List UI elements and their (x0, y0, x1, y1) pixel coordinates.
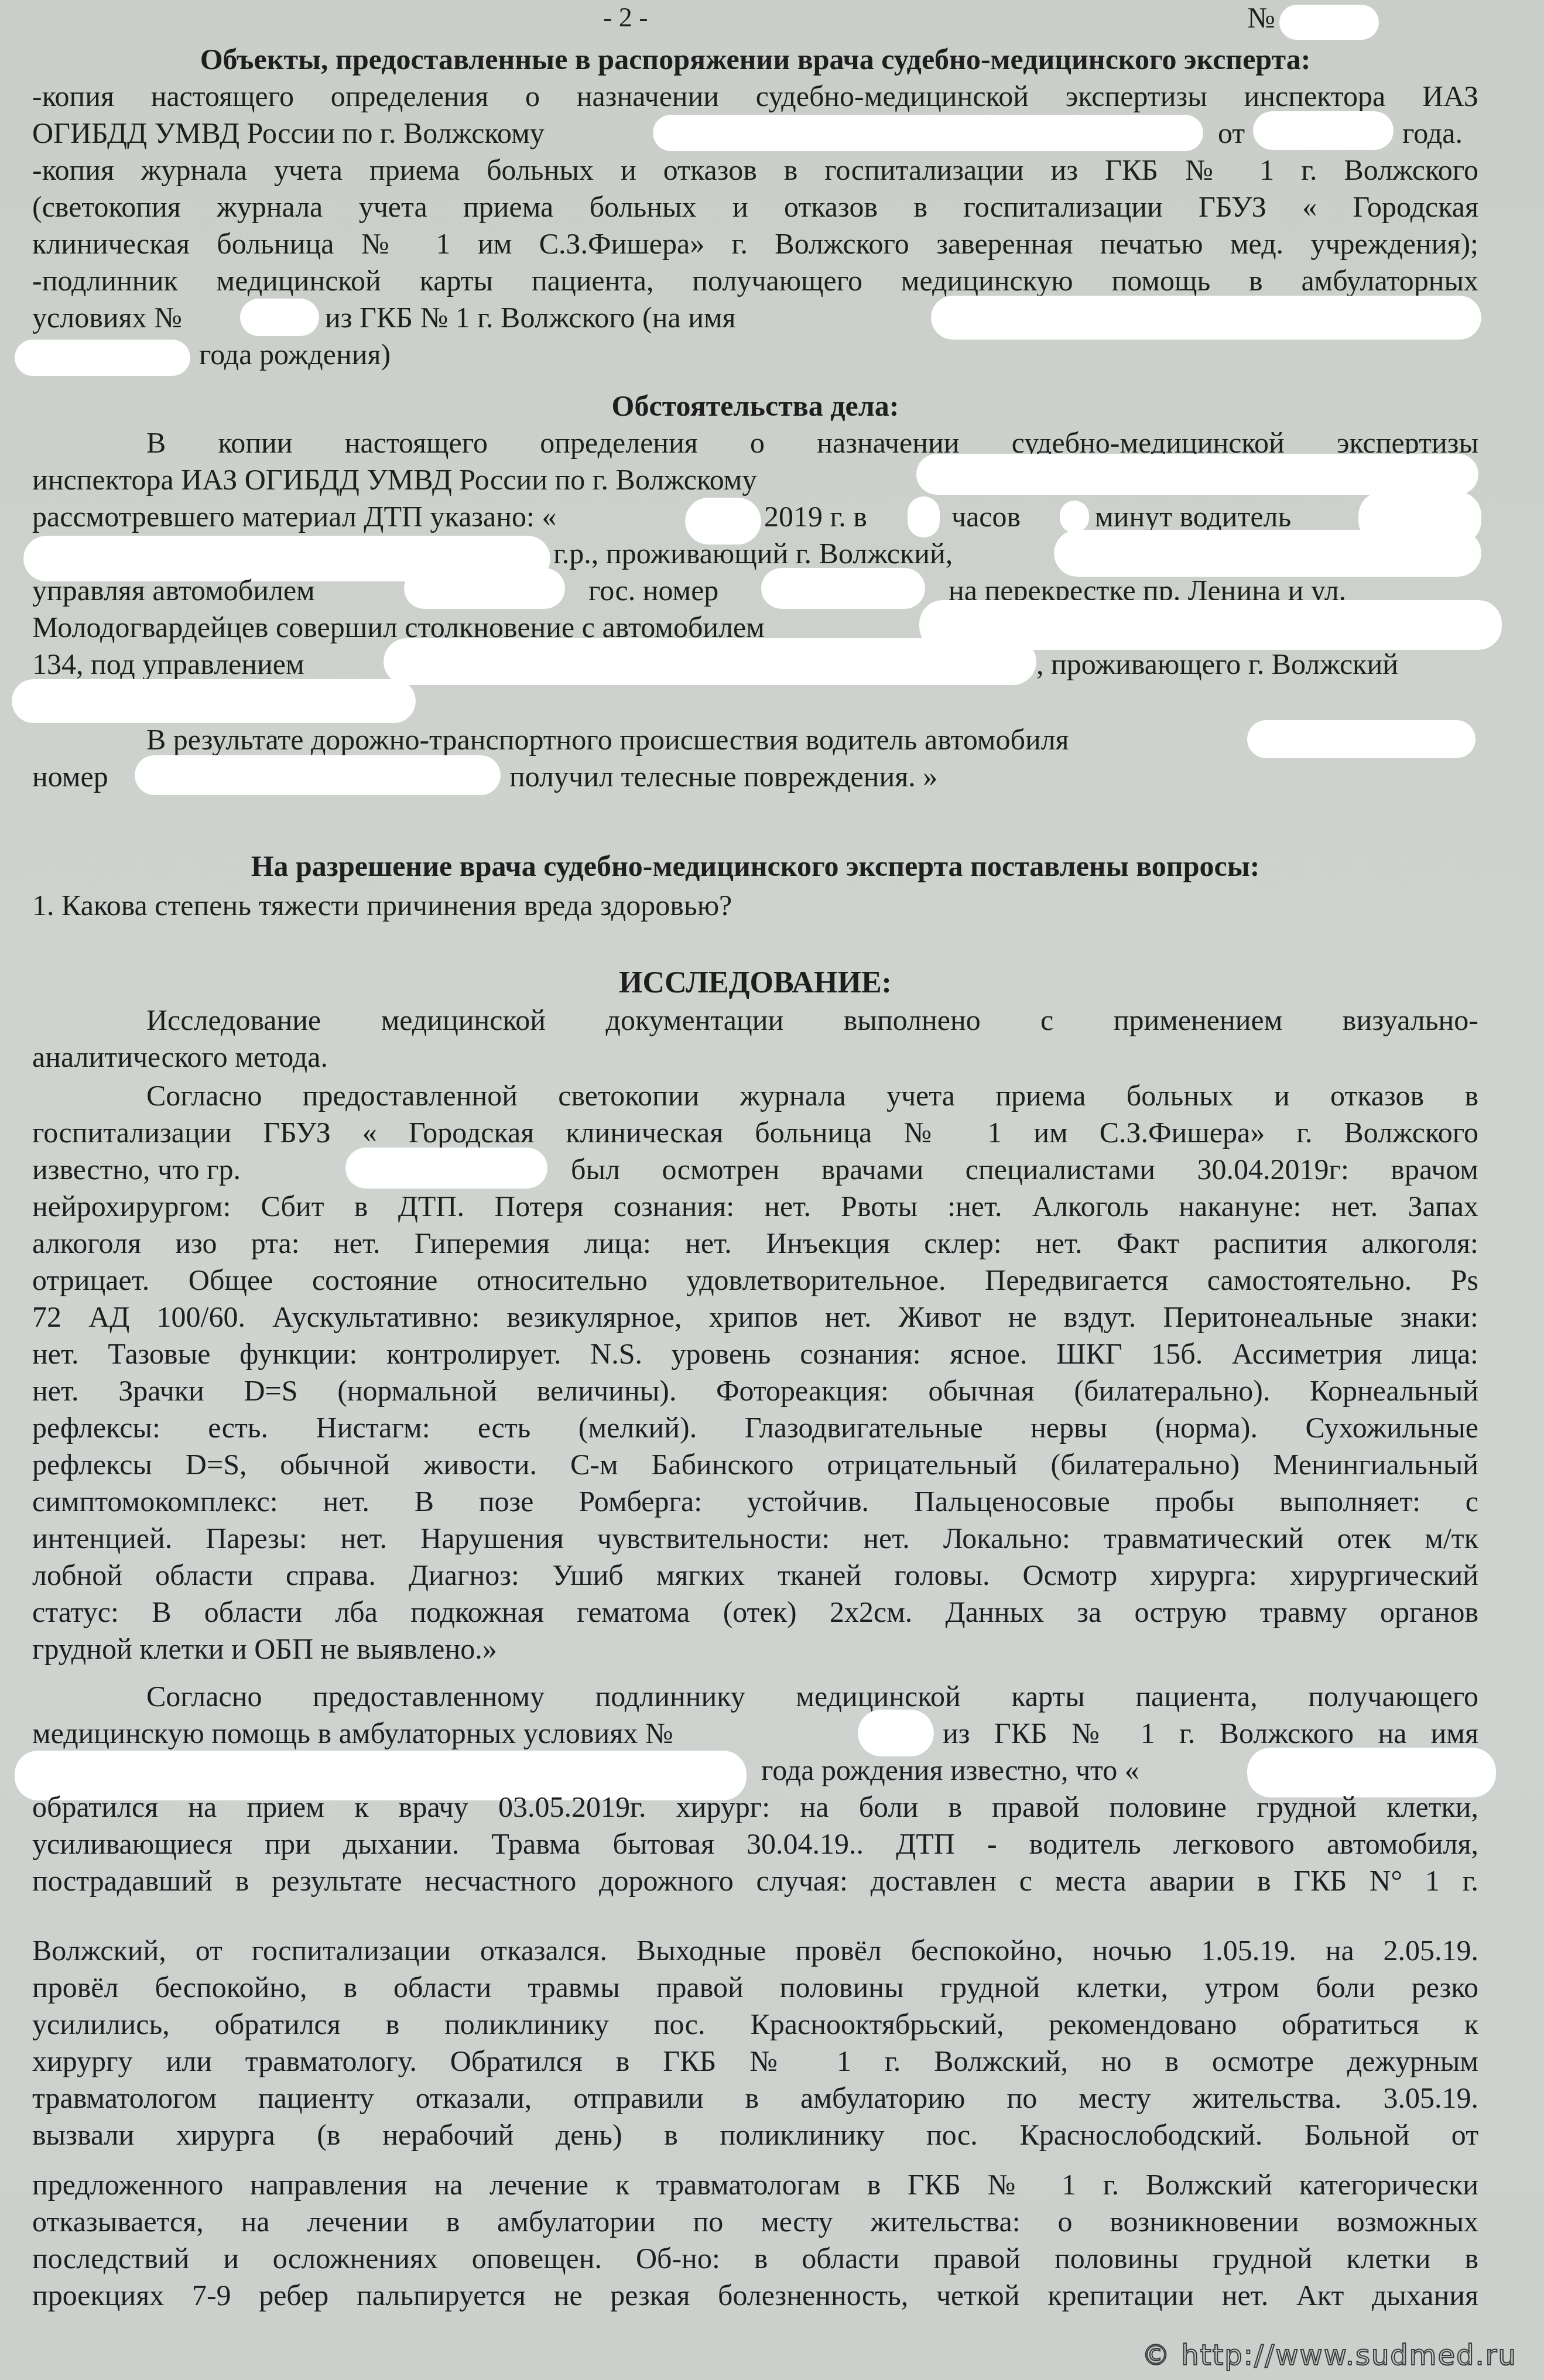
research-line: травматологом пациенту отказали, отправи… (32, 2080, 1478, 2116)
redaction-patient-name (931, 296, 1481, 340)
redaction-date (1253, 111, 1394, 150)
redaction-doc-number (1279, 5, 1379, 40)
research-line: грудной клетки и ОБП не выявлено.» (32, 1631, 1478, 1667)
research-line: хирургу или травматологу. Обратился в ГК… (32, 2043, 1478, 2079)
redaction-hours (908, 496, 940, 537)
text-fragment: получил телесные повреждения. » (509, 758, 937, 795)
research-line: интенцией. Парезы: нет. Нарушения чувств… (32, 1520, 1478, 1556)
redaction-card-number (858, 1710, 934, 1756)
text-fragment: г.р., проживающий г. Волжский, (553, 535, 953, 571)
text-fragment: , проживающего г. Волжский (1036, 646, 1398, 682)
research-line: последствий и осложнениях оповещен. Об-н… (32, 2240, 1478, 2276)
objects-line: (светокопия журнала учета приема больных… (32, 189, 1478, 225)
page-number: - 2 - (603, 0, 648, 35)
text-fragment: из ГКБ № 1 г. Волжского (на имя (325, 299, 736, 335)
redaction-card-number (240, 299, 319, 336)
research-line: нет. Тазовые функции: контролирует. N.S.… (32, 1335, 1478, 1372)
text-fragment: гос. номер (588, 572, 718, 608)
redaction-inspector-name (916, 454, 1478, 495)
document-page: - 2 - № Объекты, предоставленные в распо… (0, 0, 1544, 2380)
redaction-birth-year (15, 340, 190, 376)
objects-title: Объекты, предоставленные в распоряжении … (32, 41, 1478, 77)
research-line: госпитализации ГБУЗ « Городская клиничес… (32, 1114, 1478, 1150)
text-fragment: из ГКБ № 1 г. Волжского на имя (943, 1715, 1478, 1751)
text-fragment: был осмотрен врачами специалистами 30.04… (571, 1151, 1478, 1187)
watermark: © http://www.sudmed.ru (1142, 2339, 1517, 2372)
document-number-label: № (1247, 0, 1275, 35)
text-fragment: года рождения) (199, 336, 391, 372)
research-line: алкоголя изо рта: нет. Гиперемия лица: н… (32, 1225, 1478, 1261)
redaction-inspector-name (653, 115, 1203, 151)
research-line: обратился на прием к врачу 03.05.2019г. … (32, 1789, 1478, 1825)
research-line: лобной области справа. Диагноз: Ушиб мяг… (32, 1557, 1478, 1593)
question-item: 1. Какова степень тяжести причинения вре… (32, 887, 1478, 923)
text-fragment: ОГИБДД УМВД России по г. Волжскому (32, 117, 545, 149)
research-line: Исследование медицинской документации вы… (146, 1002, 1478, 1038)
research-line: симптомокомплекс: нет. В позе Ромберга: … (32, 1483, 1478, 1519)
redaction-address (12, 679, 416, 723)
text-fragment: 2019 г. в (764, 498, 867, 535)
research-line: рефлексы D=S, обычной живости. С-м Бабин… (32, 1446, 1478, 1482)
redaction-second-driver (384, 638, 1036, 685)
research-line: Согласно предоставленной светокопии журн… (146, 1077, 1478, 1114)
redaction-plate-number (135, 755, 501, 795)
objects-line: -копия журнала учета приема больных и от… (32, 152, 1478, 188)
research-line: 72 АД 100/60. Аускультативно: везикулярн… (32, 1299, 1478, 1335)
objects-line: -подлинник медицинской карты пациента, п… (32, 262, 1478, 299)
research-line: пострадавший в результате несчастного до… (32, 1862, 1478, 1899)
text-fragment: года. (1402, 115, 1463, 151)
text-fragment: часов (951, 498, 1021, 535)
redaction-car-model (1247, 720, 1475, 758)
text-fragment: года рождения известно, что « (761, 1752, 1139, 1788)
circumstances-title: Обстоятельства дела: (32, 388, 1478, 424)
redaction-address (1054, 530, 1481, 577)
research-line: рефлексы: есть. Нистагм: есть (мелкий). … (32, 1409, 1478, 1446)
research-line: проекциях 7-9 ребер пальпируется не резк… (32, 2277, 1478, 2313)
redaction-minutes (1060, 501, 1089, 533)
questions-title: На разрешение врача судебно-медицинского… (32, 848, 1478, 884)
research-line: статус: В области лба подкожная гематома… (32, 1594, 1478, 1630)
research-line: усиливающиеся при дыхании. Травма бытова… (32, 1826, 1478, 1862)
research-line: провёл беспокойно, в области травмы прав… (32, 1969, 1478, 2005)
objects-line: -копия настоящего определения о назначен… (32, 78, 1478, 114)
research-line: отрицает. Общее состояние относительно у… (32, 1262, 1478, 1298)
research-title: ИССЛЕДОВАНИЕ: (32, 965, 1478, 1001)
research-line: Согласно предоставленному подлиннику мед… (146, 1678, 1478, 1714)
research-line: вызвали хирурга (в нерабочий день) в пол… (32, 2117, 1478, 2153)
text-fragment: от (1218, 115, 1245, 151)
redaction-car-model (404, 568, 565, 609)
research-line: нет. Зрачки D=S (нормальной величины). Ф… (32, 1372, 1478, 1409)
research-line: предложенного направления на лечение к т… (32, 2166, 1478, 2203)
objects-line: клиническая больница № 1 им С.З.Фишера» … (32, 225, 1478, 262)
redaction-patient-name (345, 1148, 547, 1189)
research-line: отказывается, на лечении в амбулатории п… (32, 2203, 1478, 2239)
text-fragment: минут водитель (1095, 498, 1291, 535)
research-line: аналитического метода. (32, 1039, 1478, 1075)
research-line: усилились, обратился в поликлинику пос. … (32, 2006, 1478, 2042)
text-fragment: В результате дорожно-транспортного проис… (146, 721, 1069, 758)
research-line: Волжский, от госпитализации отказался. В… (32, 1932, 1478, 1968)
redaction-plate-number (761, 568, 925, 609)
research-line: нейрохирургом: Сбит в ДТП. Потеря сознан… (32, 1188, 1478, 1224)
